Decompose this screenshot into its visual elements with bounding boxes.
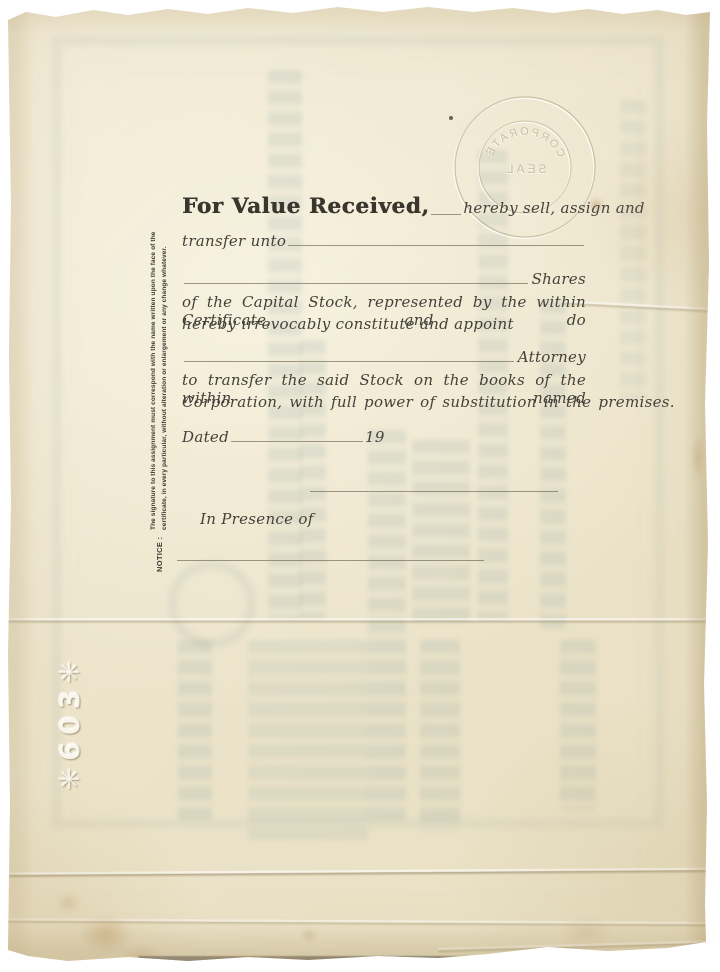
notice-line-1: The signature to this assignment must co… — [150, 231, 157, 529]
for-value-received-heading: For Value Received, — [182, 194, 429, 219]
perforated-number-text: ✳603✳ — [48, 646, 94, 798]
ghost-showthrough-band — [368, 430, 406, 820]
year-prefix: 19 — [365, 428, 385, 446]
ghost-showthrough-band — [248, 640, 368, 840]
fold-crease — [8, 868, 710, 879]
signature-notice: NOTICE : The signature to this assignmen… — [141, 182, 177, 572]
heading-row: For Value Received, hereby sell, assign … — [182, 194, 586, 219]
stain — [120, 945, 162, 967]
certificate-back-paper: CORPORATE CORPORATE SEAL SEAL ✳603✳ NOTI… — [8, 4, 710, 964]
notice-label: NOTICE : — [155, 537, 164, 572]
attorney-label: Attorney — [518, 348, 586, 366]
body-text-line-4: Corporation, with full power of substitu… — [182, 393, 586, 411]
stain — [560, 918, 612, 946]
stain — [78, 915, 134, 955]
perforated-number: ✳603✳ — [48, 646, 94, 798]
front-edge-sliver — [138, 956, 707, 962]
dated-label: Dated — [182, 428, 229, 446]
ghost-showthrough-band — [268, 70, 302, 620]
transferee-blank-line — [288, 245, 584, 246]
attorney-blank-line — [184, 361, 514, 362]
ghost-showthrough-band — [178, 640, 212, 820]
scanned-document: CORPORATE CORPORATE SEAL SEAL ✳603✳ NOTI… — [0, 0, 720, 972]
stain — [692, 434, 704, 480]
stain — [300, 928, 318, 942]
transfer-unto-label: transfer unto — [182, 232, 286, 250]
ghost-showthrough-band — [560, 640, 596, 810]
shares-blank-line — [184, 283, 528, 284]
ghost-showthrough-band — [620, 100, 646, 400]
shares-label: Shares — [532, 270, 586, 288]
ghost-showthrough-band — [412, 440, 470, 625]
attorney-row: Attorney — [182, 348, 586, 366]
ghost-showthrough-band — [420, 640, 460, 830]
stain — [55, 893, 81, 913]
fold-crease — [8, 618, 710, 624]
seal-center-text: SEAL — [504, 162, 547, 176]
witness-signature-line — [177, 560, 484, 561]
assignor-blank-line — [431, 214, 461, 215]
fold-crease — [8, 918, 710, 928]
date-blank-line — [231, 441, 363, 442]
transfer-unto-row: transfer unto — [182, 232, 586, 250]
fold-crease — [438, 940, 710, 954]
shares-row: Shares — [182, 270, 586, 288]
notice-line-2: certificate, in every particular, withou… — [161, 231, 168, 529]
heading-suffix-text: hereby sell, assign and — [463, 199, 644, 217]
body-text-line-2: hereby irrevocably constitute and appoin… — [182, 315, 586, 333]
dated-row: Dated 19 — [182, 428, 586, 446]
ghost-front-seal — [168, 560, 256, 648]
in-presence-of-label: In Presence of — [200, 510, 604, 528]
signature-line — [310, 491, 558, 492]
